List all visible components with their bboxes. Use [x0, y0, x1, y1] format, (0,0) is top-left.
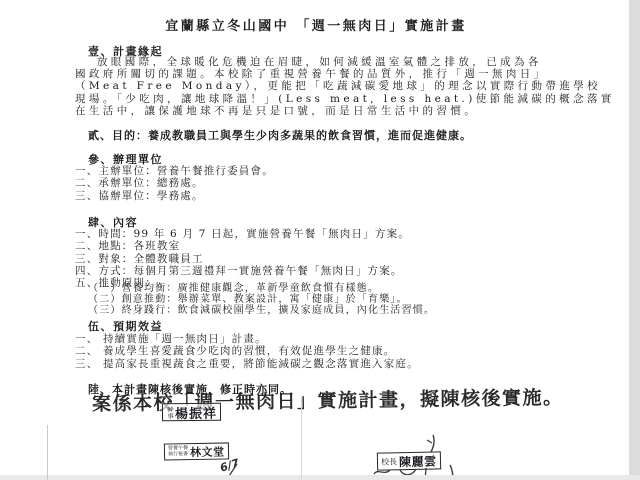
origin-paragraph: 放眼國際，全球暖化危機迫在眉睫，如何減緩溫室氣體之排放，已成為各 國政府所關切的… [75, 56, 615, 117]
paragraph-line: 現場。「少吃肉，讓地球降溫！」(Less meat, less heat.)使節… [75, 93, 615, 105]
organizers-list: 一、主辦單位：營養午餐推行委員會。 二、承辦單位：總務處。 三、協辦單位：學務處… [75, 165, 274, 202]
section-heading-purpose: 貳、目的：養成教職員工與學生少肉多蔬果的飲食習慣，進而促進健康。 [88, 127, 472, 143]
list-item: 二、承辦單位：總務處。 [75, 177, 274, 189]
content-list: 一、時間：99 年 6 月 7 日起，實施營養午餐「無肉日」方案。 二、地點：各… [75, 228, 410, 289]
paragraph-line: 國政府所關切的課題。本校除了重視營養午餐的品質外，推行「週一無肉日」 [75, 68, 615, 80]
scan-fold-line-left [47, 425, 48, 480]
section-heading-benefits: 伍、預期效益 [88, 318, 163, 334]
scan-edge-bottom [0, 475, 640, 480]
content-sublist: （一）營養均衡：廣推健康觀念，革新學童飲食慣有樣態。 （二）創意推動：舉辦菜單、… [88, 283, 435, 317]
stamp-secretary-name: 林文堂 [190, 443, 225, 460]
list-item: 三、協辦單位：學務處。 [75, 190, 274, 202]
paragraph-line: （Meat Free Monday），更能把「吃蔬減碳愛地球」的理念以實際行動帶… [75, 80, 615, 92]
paragraph-line: 在生活中，讓保護地球不再是只是口號，而是日常生活中的習慣。 [75, 105, 615, 117]
scan-edge-right [629, 0, 640, 480]
sublist-item: （二）創意推動：舉辦菜單、教案設計，寓「健康」於「育樂」。 [88, 294, 435, 305]
pen-tick-above-principal-stamp [425, 434, 441, 454]
list-item: 三、對象：全體教職員工 [75, 253, 410, 265]
list-item: 一、時間：99 年 6 月 7 日起，實施營養午餐「無肉日」方案。 [75, 228, 410, 240]
list-item: 二、 養成學生喜愛蔬食少吃肉的習慣，有效促進學生之健康。 [75, 345, 419, 357]
stamp-clerk: 幹事 楊振祥 [162, 403, 221, 422]
list-item: 一、 持續實施「週一無肉日」計畫。 [75, 333, 419, 345]
scan-fold-line-center [301, 396, 302, 480]
stamp-secretary: 營養午餐 執行秘書 林文堂 [164, 442, 229, 460]
list-item: 一、主辦單位：營養午餐推行委員會。 [75, 165, 274, 177]
document-page: 宜蘭縣立冬山國中 「週一無肉日」實施計畫 壹、計畫緣起 放眼國際，全球暖化危機迫… [0, 0, 640, 480]
list-item: 三、 提高家長重視蔬食之重要，將節能減碳之觀念落實進入家庭。 [75, 358, 419, 370]
stamp-clerk-role: 幹事 [166, 406, 173, 419]
stamp-secretary-role: 營養午餐 執行秘書 [168, 446, 188, 457]
stamp-secretary-role-line2: 執行秘書 [168, 452, 188, 458]
sublist-item: （三）終身踐行：飲食減碳校園學生，擴及家庭成員，內化生活習慣。 [88, 305, 435, 316]
sublist-item: （一）營養均衡：廣推健康觀念，革新學童飲食慣有樣態。 [88, 283, 435, 294]
benefits-list: 一、 持續實施「週一無肉日」計畫。 二、 養成學生喜愛蔬食少吃肉的習慣，有效促進… [75, 333, 419, 370]
page-title: 宜蘭縣立冬山國中 「週一無肉日」實施計畫 [0, 15, 632, 34]
list-item: 四、方式：每個月第三週禮拜一實施營養午餐「無肉日」方案。 [75, 265, 410, 277]
stamp-clerk-name: 楊振祥 [175, 402, 217, 421]
paragraph-line: 放眼國際，全球暖化危機迫在眉睫，如何減緩溫室氣體之排放，已成為各 [75, 56, 615, 68]
list-item: 二、地點：各班教室 [75, 240, 410, 252]
